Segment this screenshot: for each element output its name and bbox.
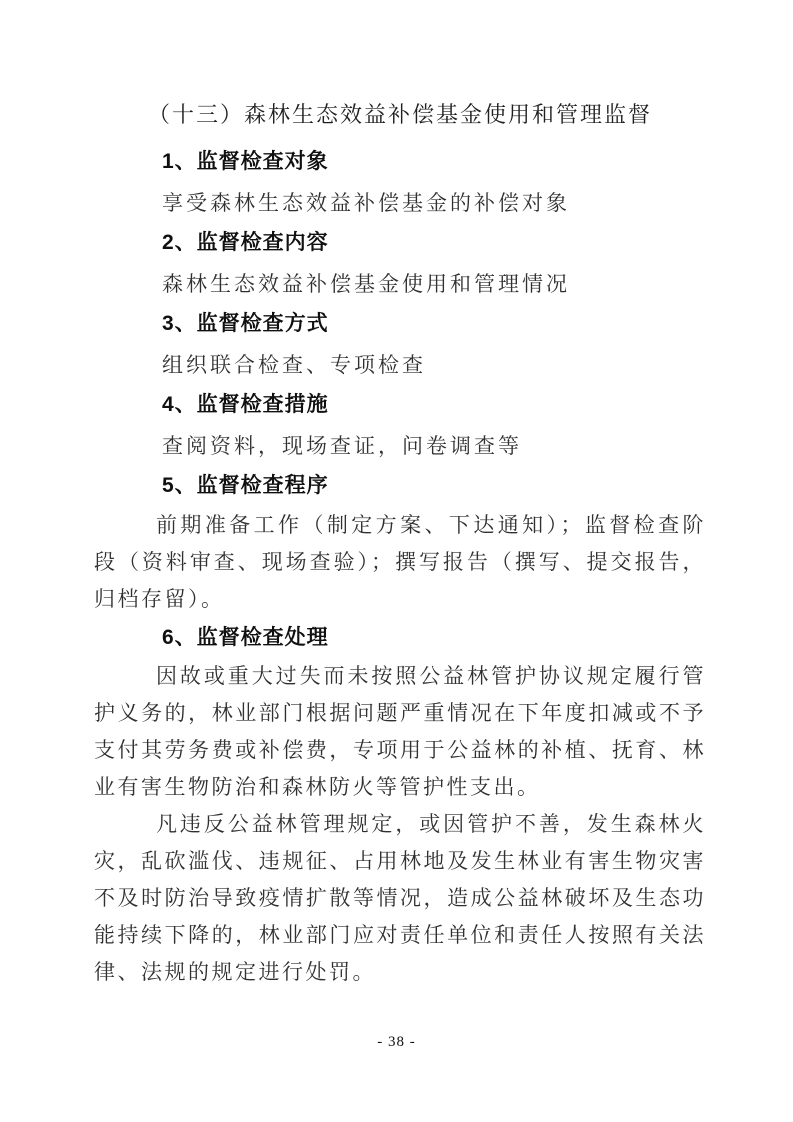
section-6-paragraph-2: 凡违反公益林管理规定，或因管护不善，发生森林火灾，乱砍滥伐、违规征、占用林地及发…	[94, 806, 706, 991]
document-content: （十三）森林生态效益补偿基金使用和管理监督 1、监督检查对象 享受森林生态效益补…	[94, 98, 706, 991]
section-5-paragraph: 前期准备工作（制定方案、下达通知）；监督检查阶段（资料审查、现场查验）；撰写报告…	[94, 507, 706, 618]
section-5-heading: 5、监督检查程序	[94, 466, 706, 507]
section-4-heading: 4、监督检查措施	[94, 385, 706, 426]
section-1-body: 享受森林生态效益补偿基金的补偿对象	[94, 183, 706, 224]
section-2-heading: 2、监督检查内容	[94, 223, 706, 264]
section-3-body: 组织联合检查、专项检查	[94, 345, 706, 386]
section-6-paragraph-1: 因故或重大过失而未按照公益林管护协议规定履行管护义务的，林业部门根据问题严重情况…	[94, 658, 706, 806]
document-title: （十三）森林生态效益补偿基金使用和管理监督	[94, 98, 706, 132]
section-6-heading: 6、监督检查处理	[94, 618, 706, 659]
section-2-body: 森林生态效益补偿基金使用和管理情况	[94, 264, 706, 305]
page-number: - 38 -	[0, 1034, 793, 1051]
section-4-body: 查阅资料，现场查证，问卷调查等	[94, 426, 706, 467]
section-3-heading: 3、监督检查方式	[94, 304, 706, 345]
document-page: （十三）森林生态效益补偿基金使用和管理监督 1、监督检查对象 享受森林生态效益补…	[0, 0, 793, 1122]
section-1-heading: 1、监督检查对象	[94, 142, 706, 183]
